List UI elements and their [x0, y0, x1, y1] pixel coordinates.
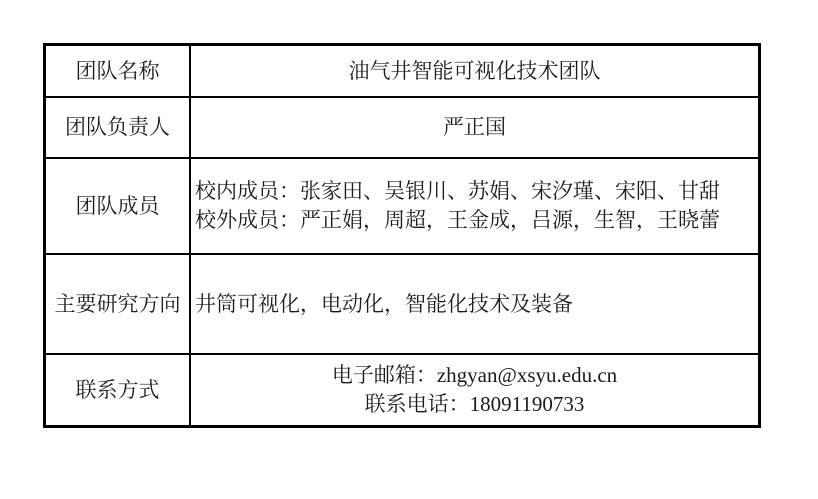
research-direction-value-cell: 井筒可视化，电动化，智能化技术及装备: [191, 255, 758, 355]
team-leader-value: 严正国: [443, 113, 506, 142]
team-members-external-line: 校外成员：严正娟，周超，王金成，吕源，生智，王晓蕾: [195, 206, 720, 235]
team-info-table: 团队名称 油气井智能可视化技术团队 团队负责人 严正国 团队成员 校内成员：张家…: [43, 43, 761, 428]
team-members-internal-line: 校内成员：张家田、吴银川、苏娟、宋汐瑾、宋阳、甘甜: [195, 177, 720, 206]
team-name-value-cell: 油气井智能可视化技术团队: [191, 46, 758, 98]
contact-label: 联系方式: [76, 376, 160, 405]
contact-value-cell: 电子邮箱：zhgyan@xsyu.edu.cn 联系电话：18091190733: [191, 355, 758, 425]
team-leader-label-cell: 团队负责人: [46, 98, 191, 159]
team-leader-value-cell: 严正国: [191, 98, 758, 159]
team-name-label-cell: 团队名称: [46, 46, 191, 98]
contact-email-line: 电子邮箱：zhgyan@xsyu.edu.cn: [332, 361, 617, 390]
team-name-value: 油气井智能可视化技术团队: [349, 57, 601, 86]
contact-phone-line: 联系电话：18091190733: [365, 390, 585, 419]
research-direction-label: 主要研究方向: [55, 290, 181, 319]
team-members-label: 团队成员: [76, 192, 160, 221]
team-members-value-cell: 校内成员：张家田、吴银川、苏娟、宋汐瑾、宋阳、甘甜 校外成员：严正娟，周超，王金…: [191, 159, 758, 255]
research-direction-label-cell: 主要研究方向: [46, 255, 191, 355]
contact-label-cell: 联系方式: [46, 355, 191, 425]
team-leader-label: 团队负责人: [65, 113, 170, 142]
research-direction-value: 井筒可视化，电动化，智能化技术及装备: [195, 290, 573, 319]
team-members-label-cell: 团队成员: [46, 159, 191, 255]
team-name-label: 团队名称: [76, 57, 160, 86]
